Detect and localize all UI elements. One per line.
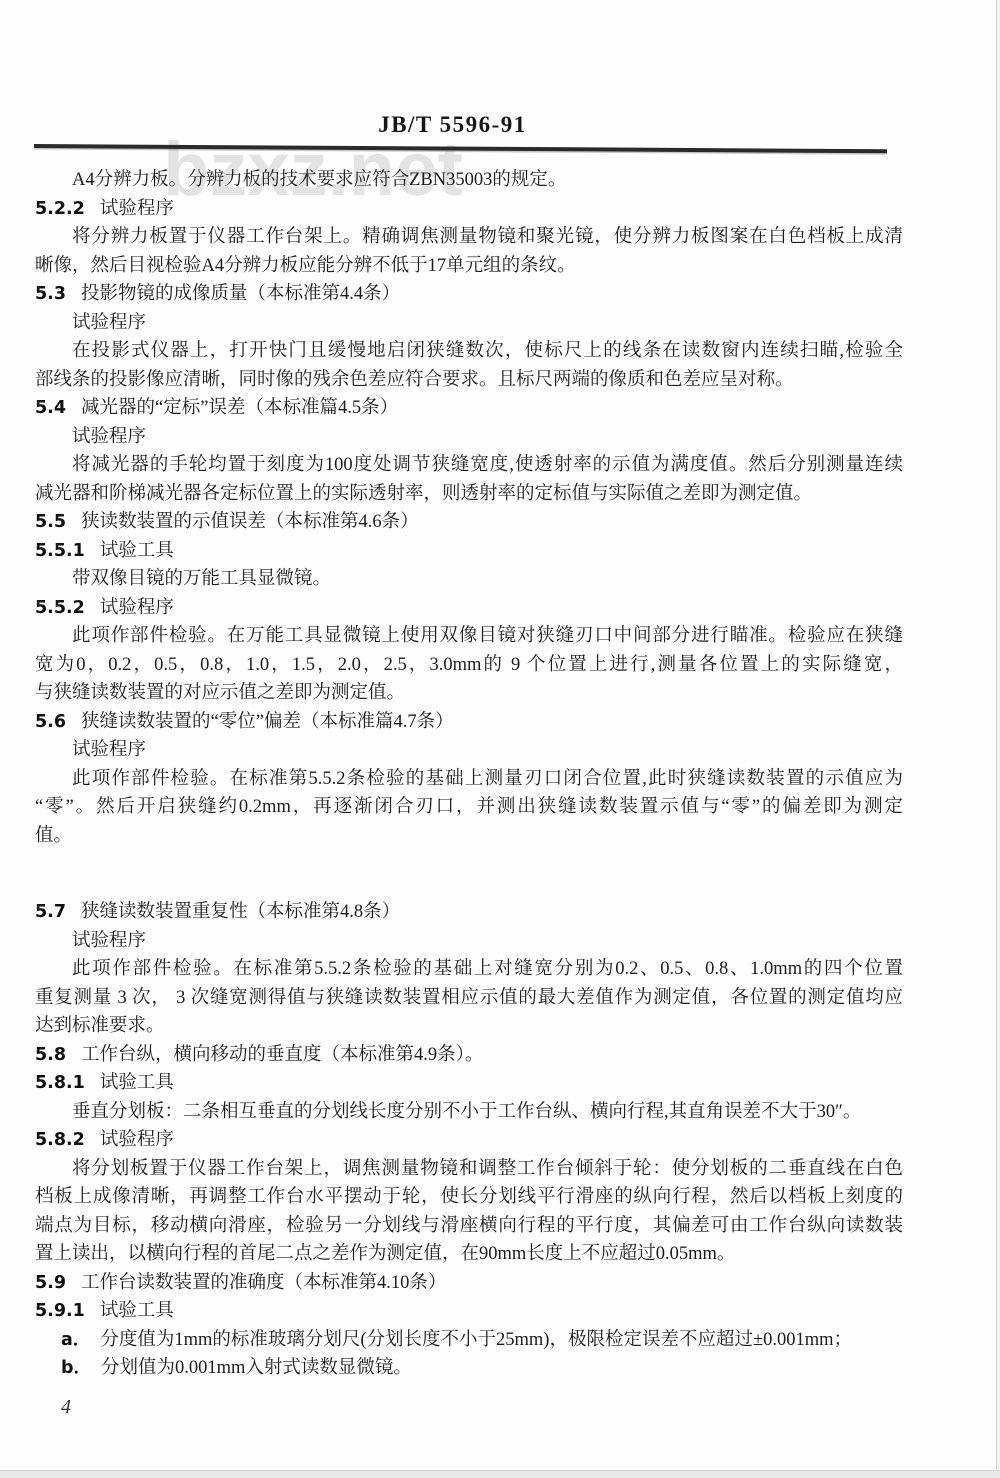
text-line: 带双像目镜的万能工具显微镜。 — [35, 565, 903, 594]
clause-number: 5.7 — [35, 902, 66, 922]
text-line: 减光器和阶梯减光器各定标位置上的实际透射率，则透射率的定标值与实际值之差即为测定… — [35, 480, 903, 509]
text-line: 在投影式仪器上，打开快门且缓慢地启闭狭缝数次，使标尺上的线条在读数窗内连续扫瞄,… — [35, 337, 903, 366]
text-line: 试验程序 — [35, 927, 903, 956]
text-line: 试验程序 — [35, 423, 903, 452]
text-line: 晰像，然后目视检验A4分辨力板应能分辨不低于17单元组的条纹。 — [35, 252, 903, 281]
clause-number: 5.5.2 — [35, 598, 85, 618]
text-line: 试验程序 — [35, 736, 903, 765]
list-item-text: 分度值为1mm的标准玻璃分划尺(分划长度不小于25mm)，极限检定误差不应超过±… — [100, 1330, 852, 1350]
clause-title: 工作台纵，横向移动的垂直度（本标准第4.9条）。 — [81, 1045, 483, 1065]
clause-heading: 5.8.2试验程序 — [35, 1126, 903, 1155]
clause-number: 5.8.2 — [35, 1130, 85, 1150]
clause-heading: 5.5.2试验程序 — [35, 594, 903, 623]
clause-number: 5.9 — [35, 1273, 66, 1293]
text-line: 此项作部件检验。在标准第5.5.2条检验的基础上对缝宽分别为0.2、0.5、0.… — [35, 955, 903, 984]
clause-heading: 5.3投影物镜的成像质量（本标准第4.4条） — [35, 280, 903, 309]
list-item: b．分划值为0.001mm入射式读数显微镜。 — [35, 1354, 903, 1383]
clause-title: 试验工具 — [100, 541, 174, 561]
clause-heading: 5.6狭缝读数装置的“零位”偏差（本标准篇4.7条） — [35, 708, 903, 737]
clause-number: 5.5.1 — [35, 541, 85, 561]
clause-number: 5.6 — [35, 712, 66, 732]
clause-heading: 5.9.1试验工具 — [35, 1297, 903, 1326]
clause-heading: 5.8.1试验工具 — [35, 1069, 903, 1098]
clause-number: 5.5 — [35, 512, 66, 532]
clause-number: 5.9.1 — [35, 1301, 85, 1321]
clause-number: 5.4 — [35, 398, 66, 418]
clause-title: 试验程序 — [100, 1130, 174, 1150]
clause-title: 狭缝读数装置的“零位”偏差（本标准篇4.7条） — [81, 712, 454, 732]
text-line: 此项作部件检验。在万能工具显微镜上使用双像目镜对狭缝刃口中间部分进行瞄准。检验应… — [35, 622, 903, 651]
clause-title: 狭读数装置的示值误差（本标准第4.6条） — [81, 512, 419, 532]
text-line: 端点为目标，移动横向滑座，检验另一分划线与滑座横向行程的平行度，其偏差可由工作台… — [35, 1212, 903, 1241]
text-line: 宽为0，0.2，0.5，0.8，1.0，1.5，2.0，2.5，3.0mm的 9… — [35, 651, 903, 680]
text-line: 置上读出，以横向行程的首尾二点之差作为测定值，在90mm长度上不应超过0.05m… — [35, 1240, 903, 1269]
text-line: 重复测量 3 次， 3 次缝宽测得值与狭缝读数装置相应示值的最大差值作为测定值，… — [35, 984, 903, 1013]
clause-title: 试验程序 — [100, 199, 174, 219]
page-bottom-band — [0, 1470, 1000, 1478]
text-line: “零”。然后开启狭缝约0.2mm，再逐渐闭合刃口，并测出狭缝读数装置示值与“零”… — [35, 793, 903, 822]
clause-heading: 5.7狭缝读数装置重复性（本标准第4.8条） — [35, 898, 903, 927]
clause-heading: 5.9工作台读数装置的准确度（本标准第4.10条） — [35, 1269, 903, 1298]
text-line: 值。 — [35, 822, 903, 851]
clause-heading: 5.5.1试验工具 — [35, 537, 903, 566]
scan-edge-line — [996, 0, 997, 1470]
text-line: A4分辨力板。分辨力板的技术要求应符合ZBN35003的规定。 — [35, 166, 903, 195]
text-line: 与狭缝读数装置的对应示值之差即为测定值。 — [35, 679, 903, 708]
page-number: 4 — [61, 1393, 903, 1422]
list-item-marker: b． — [61, 1358, 91, 1378]
clause-title: 减光器的“定标”误差（本标准篇4.5条） — [81, 398, 398, 418]
text-line: 垂直分划板：二条相互垂直的分划线长度分别不小于工作台纵、横向行程,其直角误差不大… — [35, 1098, 903, 1127]
clause-title: 工作台读数装置的准确度（本标准第4.10条） — [81, 1273, 446, 1293]
clause-title: 投影物镜的成像质量（本标准第4.4条） — [81, 284, 400, 304]
clause-title: 试验程序 — [100, 598, 174, 618]
clause-heading: 5.8工作台纵，横向移动的垂直度（本标准第4.9条）。 — [35, 1041, 903, 1070]
text-line: 档板上成像清晰，再调整工作台水平摆动于轮，使长分划线平行滑座的纵向行程，然后以档… — [35, 1183, 903, 1212]
clause-heading: 5.5狭读数装置的示值误差（本标准第4.6条） — [35, 508, 903, 537]
clause-title: 试验工具 — [100, 1073, 174, 1093]
list-item-marker: a． — [61, 1330, 90, 1350]
clause-title: 试验工具 — [100, 1301, 174, 1321]
clause-number: 5.3 — [35, 284, 66, 304]
text-line: 将减光器的手轮均置于刻度为100度处调节狭缝宽度,使透射率的示值为满度值。然后分… — [35, 451, 903, 480]
text-line: 将分辨力板置于仪器工作台架上。精确调焦测量物镜和聚光镜，使分辨力板图案在白色档板… — [35, 223, 903, 252]
text-line: 达到标准要求。 — [35, 1012, 903, 1041]
document-body: A4分辨力板。分辨力板的技术要求应符合ZBN35003的规定。5.2.2试验程序… — [0, 0, 903, 1421]
clause-number: 5.8.1 — [35, 1073, 85, 1093]
text-line: 试验程序 — [35, 309, 903, 338]
document-page: bzxz.net JB/T 5596-91 A4分辨力板。分辨力板的技术要求应符… — [0, 0, 1000, 1478]
text-line: 将分划板置于仪器工作台架上，调焦测量物镜和调整工作台倾斜于轮：使分划板的二垂直线… — [35, 1155, 903, 1184]
text-line: 此项作部件检验。在标准第5.5.2条检验的基础上测量刃口闭合位置,此时狭缝读数装… — [35, 765, 903, 794]
list-item: a．分度值为1mm的标准玻璃分划尺(分划长度不小于25mm)，极限检定误差不应超… — [35, 1326, 903, 1355]
text-line: 部线条的投影像应清晰，同时像的残余色差应符合要求。且标尺两端的像质和色差应呈对称… — [35, 366, 903, 395]
list-item-text: 分划值为0.001mm入射式读数显微镜。 — [101, 1358, 412, 1378]
standard-number-header: JB/T 5596-91 — [0, 112, 905, 138]
clause-number: 5.8 — [35, 1045, 66, 1065]
clause-title: 狭缝读数装置重复性（本标准第4.8条） — [81, 902, 400, 922]
clause-number: 5.2.2 — [35, 199, 85, 219]
clause-heading: 5.4减光器的“定标”误差（本标准篇4.5条） — [35, 394, 903, 423]
clause-heading: 5.2.2试验程序 — [35, 195, 903, 224]
